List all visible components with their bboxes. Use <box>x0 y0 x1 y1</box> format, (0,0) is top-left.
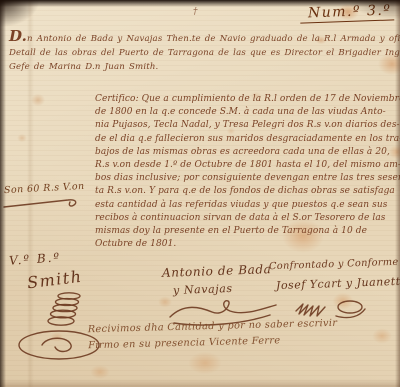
body-line-11: mismas doy la presente en el Puerto de T… <box>95 225 397 238</box>
body-line-4: de el dia q.e fallecieron sus maridos de… <box>95 133 397 146</box>
confrontado-statement: Confrontado y Conforme <box>269 257 399 273</box>
body-line-2: de 1800 en la q.e concede S.M. à cada un… <box>95 106 397 119</box>
ycart-signature: Josef Ycart y Juanett <box>276 275 400 292</box>
body-line-10: recibos à continuacion sirvan de data à … <box>95 212 397 225</box>
smith-signature: Smith <box>26 267 83 293</box>
body-line-7: bos dias inclusive; por consiguiente dev… <box>95 172 397 185</box>
body-line-3: nia Pujasos, Tecla Nadal, y Tresa Pelegr… <box>95 119 397 132</box>
body-line-9: esta cantidad à las referidas viudas y q… <box>95 199 397 212</box>
certification-body-paragraph: Certifico: Que a cumplimiento de la R.l … <box>95 93 397 251</box>
header-line-3: Gefe de Marina D.n Juan Smith. <box>9 60 397 74</box>
body-line-5: bajos de las mismas obras es acreedora c… <box>95 146 397 159</box>
document-number-label: Num.º 3.º <box>299 2 394 23</box>
body-line-12: Octubre de 1801. <box>95 238 397 251</box>
body-line-6: R.s v.on desde 1.º de Octubre de 1801 ha… <box>95 159 397 172</box>
certifier-title-paragraph: D.n Antonio de Bada y Navajas Then.te de… <box>9 29 397 74</box>
margin-note-underline-flourish <box>2 196 88 210</box>
header-line-1: D.n Antonio de Bada y Navajas Then.te de… <box>9 29 397 46</box>
header-line-2: Detall de las obras del Puerto de Tarrag… <box>9 46 397 60</box>
amount-margin-note: Son 60 R.s V.on <box>4 181 85 196</box>
body-line-8: ta R.s v.on. Y para q.e de los fondos de… <box>95 185 397 198</box>
body-line-1: Certifico: Que a cumplimiento de la R.l … <box>95 93 397 106</box>
bada-signature-line1: Antonio de Bada <box>162 262 272 280</box>
cross-mark-icon: † <box>193 7 198 17</box>
receipt-note: Recivimos dha Cantidad y por no saber es… <box>88 316 338 355</box>
bada-signature-line2: y Navajas <box>173 282 233 297</box>
visto-bueno-label: V.º B.º <box>9 250 62 268</box>
manuscript-page: † Num.º 3.º D.n Antonio de Bada y Navaja… <box>0 0 400 387</box>
